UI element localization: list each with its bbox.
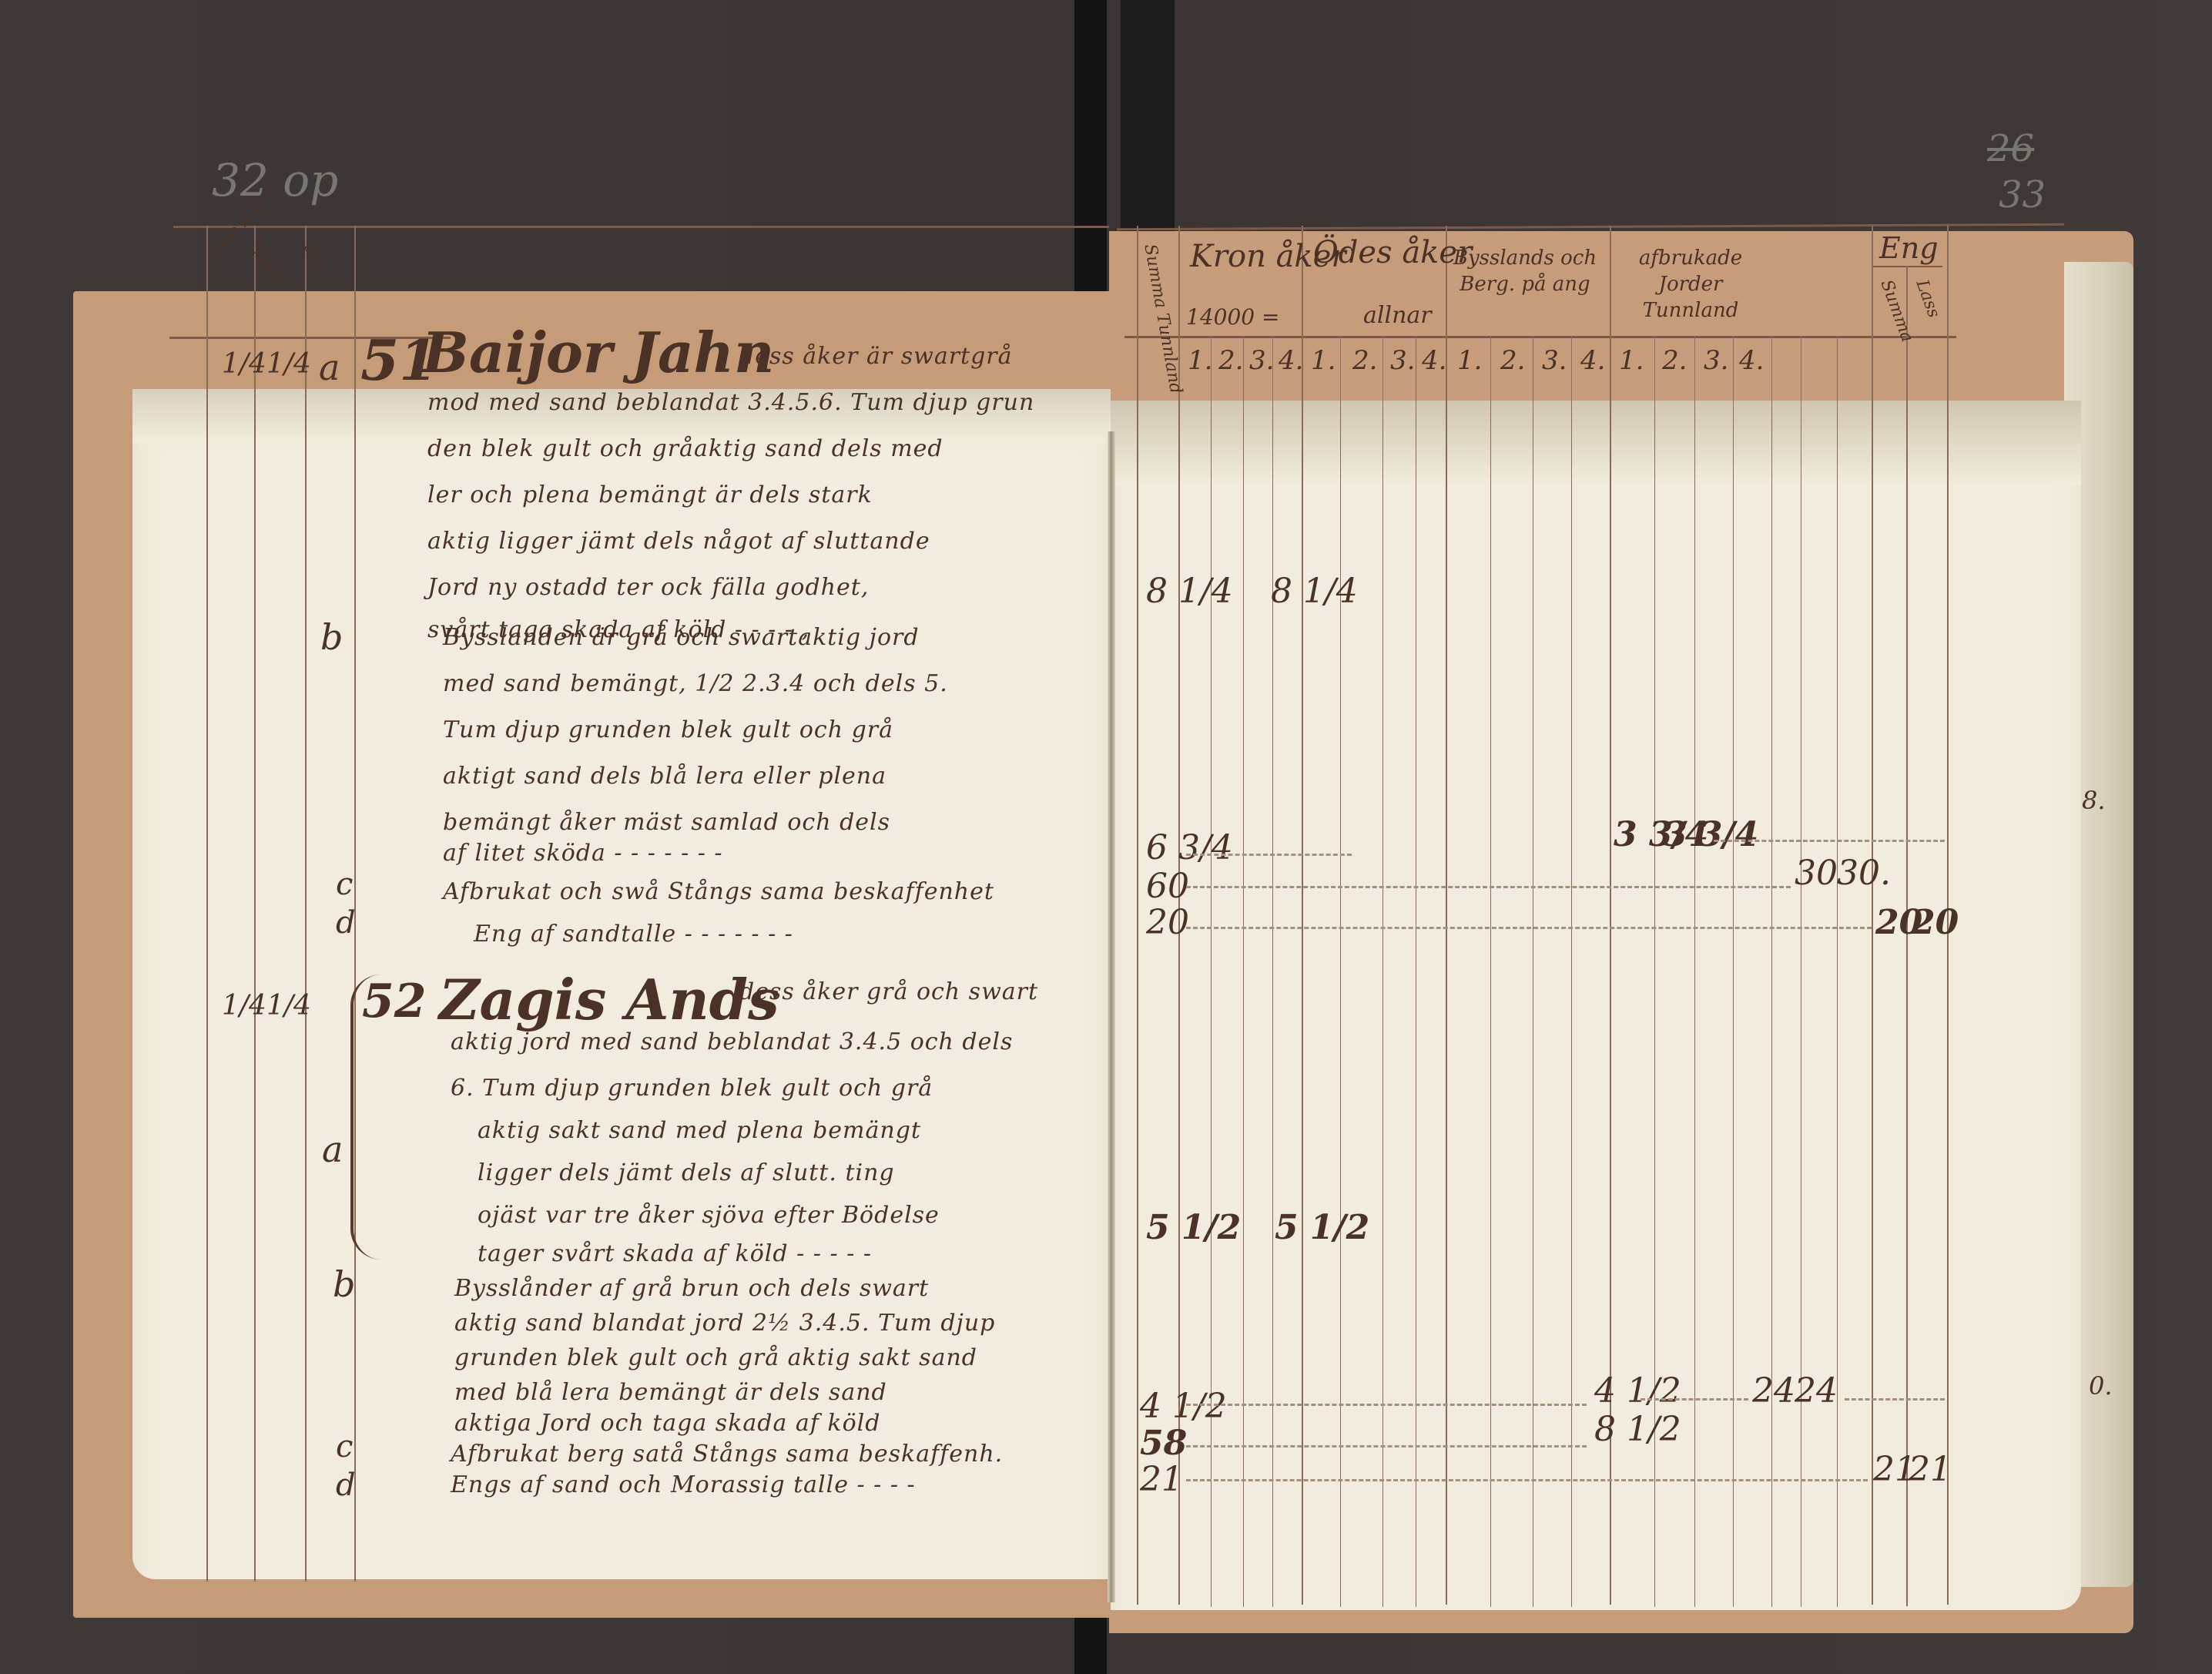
row-52b-afbr-4: 24 (1795, 1371, 1838, 1411)
subcol-rule (1272, 336, 1273, 1607)
odes-sub-3: 3. (1390, 345, 1415, 376)
right-folio-struck: 26 (1987, 127, 2034, 170)
subcol-rule (1694, 336, 1695, 1607)
row-52b-dash (1186, 1404, 1587, 1406)
entry-52-col1: 1/4 (222, 990, 266, 1022)
row-52c-byss-2: 8 1/2 (1594, 1410, 1681, 1449)
byss-sub-4: 4. (1580, 345, 1605, 376)
odes-sub-4: 4. (1422, 345, 1446, 376)
entry-51-litt-c: c (336, 867, 353, 902)
byss-sub-2: 2. (1500, 345, 1525, 376)
row-51d-summa: 20 (1146, 903, 1189, 942)
kron-sub-2: 2. (1218, 345, 1243, 376)
entry-52b-line-1: Bysslånder af grå brun och dels swart (454, 1275, 929, 1302)
entry-51-name: Baijor Jahn (422, 320, 774, 385)
row-51c-afbr-4: 30. (1837, 854, 1891, 893)
subcol-rule (1340, 336, 1341, 1607)
odes-sub-1: 1. (1311, 345, 1336, 376)
row-52d-eng-lass: 21 (1909, 1450, 1952, 1489)
afbr-sub-4: 4. (1739, 345, 1764, 376)
entry-51-litt-b: b (320, 616, 343, 658)
row-51b-byss-3: 3 3/4 (1664, 815, 1758, 854)
col-rule-summa-left (1137, 226, 1138, 1605)
right-page-top-stain (1111, 401, 2081, 485)
left-col-rule-1 (206, 226, 208, 1582)
entry-52a-line-6: ojäst var tre åker sjöva efter Bödelse (478, 1202, 940, 1229)
row-51d-eng-lass: 20 (1912, 903, 1959, 942)
entry-52d-line-1: Engs af sand och Morassig talle - - - - (451, 1471, 916, 1498)
entry-52c-line-1: Afbrukat berg satå Stångs sama beskaffen… (451, 1441, 1003, 1468)
entry-51-litt-a: a (319, 347, 340, 388)
entry-52-litt-d: d (336, 1468, 356, 1503)
left-table-top-rule (173, 226, 1109, 228)
subcol-rule (1733, 336, 1734, 1607)
entry-52a-line-7: tager svårt skada af köld - - - - - (478, 1240, 872, 1267)
left-col-rule-2 (254, 226, 256, 1582)
header-eng: Eng (1879, 231, 1939, 265)
row-51b-summa: 6 3/4 (1146, 828, 1233, 867)
byss-sub-3: 3. (1542, 345, 1567, 376)
subcol-rule (1837, 336, 1838, 1607)
row-52b-afbr-3: 24 (1752, 1371, 1795, 1411)
entry-51a-line-5: aktig ligger jämt dels något af sluttand… (427, 528, 930, 555)
subcol-rule (1490, 336, 1491, 1607)
left-col-rule-4 (354, 226, 356, 1582)
right-header-bottom-rule (1124, 336, 1956, 338)
odes-sub-2: 2. (1352, 345, 1377, 376)
entry-52-number: 52 (362, 975, 427, 1028)
entry-52a-line-5: ligger dels jämt dels af slutt. ting (478, 1159, 895, 1186)
entry-52-litt-a: a (322, 1129, 343, 1170)
right-folio-number: 33 (1999, 173, 2046, 216)
col-rule-odes-left (1302, 226, 1303, 1605)
row-52d-summa: 21 (1140, 1460, 1183, 1499)
entry-51b-line-5: bemängt åker mäst samlad och dels (443, 809, 890, 836)
entry-51b-line-3: Tum djup grunden blek gult och grå (443, 716, 893, 743)
row-52a-kron: 5 1/2 (1275, 1208, 1369, 1247)
kron-sub-3: 3. (1249, 345, 1274, 376)
book-spine-top (1121, 0, 1175, 262)
row-51b-dash-right (1714, 840, 1945, 842)
col-rule-byss-left (1446, 226, 1447, 1605)
entry-51d-line-1: Eng af sandtalle - - - - - - - (474, 921, 793, 948)
row-51c-afbr-3: 30 (1795, 854, 1838, 893)
row-52b-dash-mid (1641, 1398, 1748, 1401)
entry-52b-line-3: grunden blek gult och grå aktig sakt san… (454, 1344, 977, 1371)
entry-52-col2: 1/4 (266, 990, 311, 1022)
entry-51-col2: 1/4 (266, 348, 311, 380)
row-51c-summa: 60 (1146, 867, 1189, 906)
entry-52-name: Zagis Ands (439, 967, 779, 1032)
entry-51a-line-6: Jord ny ostadd ter ock fälla godhet, (427, 574, 869, 601)
entry-51-litt-d: d (336, 905, 356, 941)
entry-52b-line-2: aktig sand blandat jord 2½ 3.4.5. Tum dj… (454, 1310, 995, 1337)
row-52a-summa: 5 1/2 (1146, 1208, 1241, 1247)
subcol-rule (1571, 336, 1572, 1607)
header-bysslands: Bysslands och Berg. på ang (1448, 245, 1602, 297)
subcol-rule (1243, 336, 1244, 1607)
entry-51b-line-2: med sand bemängt, 1/2 2.3.4 och dels 5. (443, 670, 948, 697)
entry-52-litt-c: c (336, 1429, 353, 1464)
header-kron-note: 14000 = (1186, 304, 1279, 330)
entry-52-litt-b: b (333, 1263, 355, 1305)
entry-51b-line-6: af litet sköda - - - - - - - (443, 840, 723, 867)
kron-sub-1: 1. (1188, 345, 1212, 376)
row-51c-dash (1186, 886, 1791, 888)
entry-52b-line-5: aktiga Jord och taga skada af köld (454, 1410, 880, 1437)
subcol-rule (1771, 336, 1772, 1607)
page-gutter (1108, 431, 1115, 1602)
row-52d-dash (1186, 1479, 1868, 1481)
kron-sub-4: 4. (1279, 345, 1303, 376)
edge-note-0: 0. (2089, 1371, 2113, 1401)
entry-51b-line-1: Bysslanden är grå och swartaktig jord (443, 624, 920, 651)
header-afbrukade: afbrukade Jorder Tunnland (1614, 245, 1768, 324)
left-col-rule-3 (305, 226, 307, 1582)
edge-note-8: 8. (2082, 786, 2106, 815)
row-52b-byss-2: 4 1/2 (1594, 1371, 1681, 1411)
entry-52a-line-1: dess åker grå och swart (739, 978, 1038, 1005)
byss-sub-1: 1. (1457, 345, 1482, 376)
entry-51a-line-4: ler och plena bemängt är dels stark (427, 481, 873, 508)
row-51d-dash (1186, 927, 1872, 929)
afbr-sub-2: 2. (1662, 345, 1687, 376)
row-51a-kron: 8 1/4 (1271, 572, 1358, 611)
entry-51-col1: 1/4 (222, 348, 266, 380)
entry-52a-line-2: aktig jord med sand beblandat 3.4.5 och … (451, 1028, 1013, 1055)
row-51b-dash (1186, 854, 1352, 856)
row-52b-dash-right (1845, 1398, 1945, 1401)
entry-51a-line-2: mod med sand beblandat 3.4.5.6. Tum djup… (427, 389, 1034, 416)
row-52c-summa: 58 (1140, 1424, 1187, 1463)
row-52b-summa: 4 1/2 (1140, 1387, 1227, 1426)
subcol-rule (1416, 336, 1416, 1607)
subcol-rule (1801, 336, 1801, 1607)
entry-51a-line-1: dess åker är swartgrå (739, 343, 1013, 370)
afbr-sub-3: 3. (1704, 345, 1728, 376)
entry-51c-line-1: Afbrukat och swå Stångs sama beskaffenhe… (443, 878, 994, 905)
left-folio-number: 32 op (212, 154, 338, 206)
row-52c-dash (1186, 1445, 1587, 1448)
row-51a-summa: 8 1/4 (1146, 572, 1233, 611)
entry-52b-line-4: med blå lera bemängt är dels sand (454, 1379, 887, 1406)
afbr-sub-1: 1. (1619, 345, 1644, 376)
header-odes-note: allnar (1363, 302, 1432, 329)
subcol-rule (1382, 336, 1383, 1607)
eng-header-subrule (1873, 266, 1942, 267)
entry-51a-line-3: den blek gult och gråaktig sand dels med (427, 435, 943, 462)
entry-52a-line-3: 6. Tum djup grunden blek gult och grå (451, 1075, 933, 1102)
entry-52a-line-4: aktig sakt sand med plena bemängt (478, 1117, 921, 1144)
entry-51b-line-4: aktigt sand dels blå lera eller plena (443, 763, 886, 790)
subcol-rule (1533, 336, 1533, 1607)
